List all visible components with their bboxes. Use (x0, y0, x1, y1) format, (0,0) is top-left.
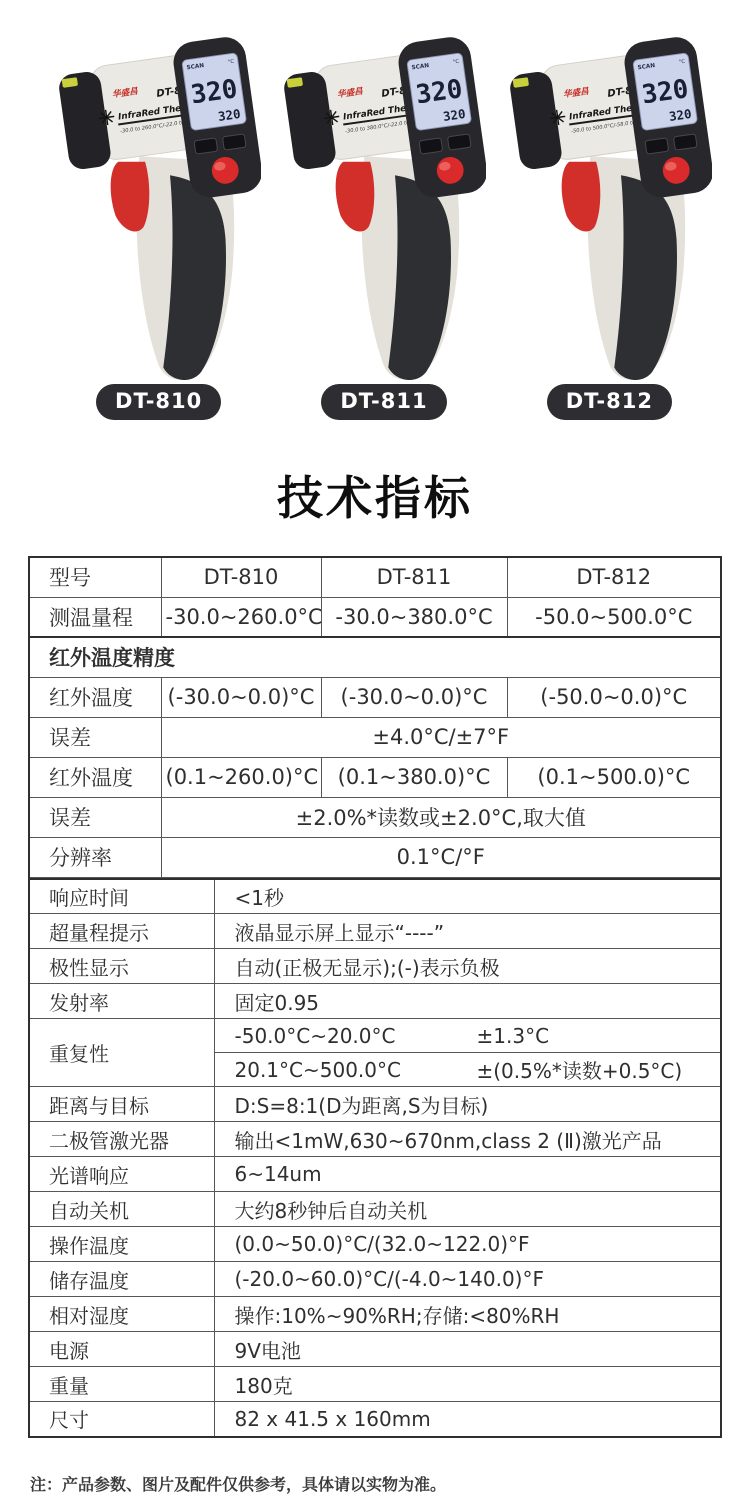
spec-value-cell: -50.0°C~20.0°C ±1.3°C (214, 1019, 721, 1053)
table-row-range: 测温量程 -30.0~260.0°C -30.0~380.0°C -50.0~5… (29, 597, 721, 637)
spec-value-cell: 液晶显示屏上显示“----” (214, 914, 721, 949)
product-figure-dt-810: 华盛昌 DT-810 InfraRed Thermometer -30.0 to… (46, 24, 271, 420)
table-row: 操作温度 (0.0~50.0)°C/(32.0~122.0)°F (29, 1227, 721, 1262)
table-row: 电源 9V电池 (29, 1332, 721, 1367)
product-spec-page: 华盛昌 DT-810 InfraRed Thermometer -30.0 to… (0, 0, 750, 1495)
spec-value-cell: (-30.0~0.0)°C (161, 677, 321, 717)
spec-table-upper: 型号 DT-810 DT-811 DT-812 测温量程 -30.0~260.0… (28, 556, 722, 878)
spec-label-cell: 距离与目标 (29, 1087, 214, 1122)
table-row: 距离与目标 D:S=8:1(D为距离,S为目标) (29, 1087, 721, 1122)
table-row-model: 型号 DT-810 DT-811 DT-812 (29, 557, 721, 597)
table-row: 响应时间 <1秒 (29, 879, 721, 914)
table-row: 发射率 固定0.95 (29, 984, 721, 1019)
unit-button (673, 134, 697, 150)
table-row-error-low: 误差 ±4.0°C/±7°F (29, 717, 721, 757)
spec-value-cell: <1秒 (214, 879, 721, 914)
table-row: 储存温度 (-20.0~60.0)°C/(-4.0~140.0)°F (29, 1262, 721, 1297)
thermometer-image-dt-811: 华盛昌 DT-811 InfraRed Thermometer -30.0 to… (281, 24, 486, 380)
table-row: 自动关机 大约8秒钟后自动关机 (29, 1192, 721, 1227)
handle-grip (614, 175, 677, 380)
table-row: 极性显示 自动(正极无显示);(-)表示负极 (29, 949, 721, 984)
spec-label-cell: 电源 (29, 1332, 214, 1367)
repeatability-tolerance: ±1.3°C (477, 1024, 550, 1048)
table-row-ir-high: 红外温度 (0.1~260.0)°C (0.1~380.0)°C (0.1~50… (29, 757, 721, 797)
table-row: 超量程提示 液晶显示屏上显示“----” (29, 914, 721, 949)
mode-button (645, 138, 669, 154)
product-gallery: 华盛昌 DT-810 InfraRed Thermometer -30.0 to… (0, 0, 750, 420)
model-badge-dt-810: DT-810 (96, 384, 221, 420)
spec-value-cell: DT-811 (321, 557, 507, 597)
product-figure-dt-812: 华盛昌 DT-812 InfraRed Thermometer -50.0 to… (497, 24, 722, 420)
spec-value-cell: -30.0~380.0°C (321, 597, 507, 637)
spec-label-cell: 误差 (29, 717, 161, 757)
section-header-cell: 红外温度精度 (29, 637, 721, 677)
table-row-resolution: 分辨率 0.1°C/°F (29, 837, 721, 877)
table-row-accuracy-section: 红外温度精度 (29, 637, 721, 677)
spec-value-cell: D:S=8:1(D为距离,S为目标) (214, 1087, 721, 1122)
trigger (561, 162, 600, 232)
spec-label-cell: 操作温度 (29, 1227, 214, 1262)
spec-label-cell: 光谱响应 (29, 1157, 214, 1192)
table-row-error-high: 误差 ±2.0%*读数或±2.0°C,取大值 (29, 797, 721, 837)
spec-value-cell: 6~14um (214, 1157, 721, 1192)
spec-value-cell: ±4.0°C/±7°F (161, 717, 721, 757)
spec-value-cell: (-30.0~0.0)°C (321, 677, 507, 717)
spec-table-lower: 响应时间 <1秒 超量程提示 液晶显示屏上显示“----” 极性显示 自动(正极… (28, 878, 722, 1438)
spec-label-cell: 型号 (29, 557, 161, 597)
lcd-unit: °C (228, 59, 235, 66)
lcd-unit: °C (678, 59, 685, 66)
repeatability-range: 20.1°C~500.0°C (235, 1058, 477, 1082)
spec-value-cell: (-20.0~60.0)°C/(-4.0~140.0)°F (214, 1262, 721, 1297)
unit-button (448, 134, 472, 150)
lcd-sub-reading: 320 (668, 106, 692, 124)
spec-value-cell: 输出<1mW,630~670nm,class 2 (Ⅱ)激光产品 (214, 1122, 721, 1157)
spec-label-cell: 二极管激光器 (29, 1122, 214, 1157)
handle-grip (163, 175, 226, 380)
spec-label-cell: 尺寸 (29, 1402, 214, 1437)
spec-value-cell: -50.0~500.0°C (507, 597, 721, 637)
lcd-main-reading: 320 (189, 74, 239, 110)
spec-value-cell: 大约8秒钟后自动关机 (214, 1192, 721, 1227)
spec-value-cell: 操作:10%~90%RH;存储:<80%RH (214, 1297, 721, 1332)
lcd-unit: °C (453, 59, 460, 66)
spec-label-cell: 极性显示 (29, 949, 214, 984)
spec-value-cell: (-50.0~0.0)°C (507, 677, 721, 717)
spec-value-cell: ±2.0%*读数或±2.0°C,取大值 (161, 797, 721, 837)
page-title: 技术指标 (0, 462, 750, 528)
spec-label-cell: 相对湿度 (29, 1297, 214, 1332)
spec-label-cell: 红外温度 (29, 677, 161, 717)
repeatability-range: -50.0°C~20.0°C (235, 1024, 477, 1048)
spec-value-cell: 固定0.95 (214, 984, 721, 1019)
spec-label-cell: 超量程提示 (29, 914, 214, 949)
table-row: 二极管激光器 输出<1mW,630~670nm,class 2 (Ⅱ)激光产品 (29, 1122, 721, 1157)
spec-value-cell: (0.0~50.0)°C/(32.0~122.0)°F (214, 1227, 721, 1262)
spec-value-cell: 0.1°C/°F (161, 837, 721, 877)
table-row-ir-low: 红外温度 (-30.0~0.0)°C (-30.0~0.0)°C (-50.0~… (29, 677, 721, 717)
spec-value-cell: 9V电池 (214, 1332, 721, 1367)
model-badge-dt-812: DT-812 (547, 384, 672, 420)
spec-label-cell: 响应时间 (29, 879, 214, 914)
spec-value-cell: (0.1~500.0)°C (507, 757, 721, 797)
spec-label-cell: 自动关机 (29, 1192, 214, 1227)
mode-button (194, 138, 218, 154)
spec-label-cell: 发射率 (29, 984, 214, 1019)
model-badge-dt-811: DT-811 (321, 384, 446, 420)
spec-value-cell: DT-810 (161, 557, 321, 597)
lcd-sub-reading: 320 (217, 106, 241, 124)
trigger (111, 162, 150, 232)
spec-label-cell: 重复性 (29, 1019, 214, 1087)
lcd-sub-reading: 320 (443, 106, 467, 124)
spec-value-cell: 82 x 41.5 x 160mm (214, 1402, 721, 1437)
unit-button (223, 134, 247, 150)
spec-label-cell: 分辨率 (29, 837, 161, 877)
spec-value-cell: -30.0~260.0°C (161, 597, 321, 637)
spec-value-cell: 180克 (214, 1367, 721, 1402)
table-row: 重量 180克 (29, 1367, 721, 1402)
trigger (336, 162, 375, 232)
spec-value-cell: 20.1°C~500.0°C ±(0.5%*读数+0.5°C) (214, 1053, 721, 1087)
spec-label-cell: 误差 (29, 797, 161, 837)
table-row-repeatability: 重复性 -50.0°C~20.0°C ±1.3°C (29, 1019, 721, 1053)
spec-label-cell: 测温量程 (29, 597, 161, 637)
spec-value-cell: (0.1~380.0)°C (321, 757, 507, 797)
spec-value-cell: DT-812 (507, 557, 721, 597)
mode-button (420, 138, 444, 154)
handle-grip (389, 175, 452, 380)
table-row: 尺寸 82 x 41.5 x 160mm (29, 1402, 721, 1437)
spec-value-cell: (0.1~260.0)°C (161, 757, 321, 797)
footnote: 注：产品参数、图片及配件仅供参考，具体请以实物为准。 (30, 1472, 750, 1495)
thermometer-image-dt-810: 华盛昌 DT-810 InfraRed Thermometer -30.0 to… (56, 24, 261, 380)
repeatability-tolerance: ±(0.5%*读数+0.5°C) (477, 1055, 683, 1084)
table-row: 相对湿度 操作:10%~90%RH;存储:<80%RH (29, 1297, 721, 1332)
table-row: 光谱响应 6~14um (29, 1157, 721, 1192)
spec-label-cell: 储存温度 (29, 1262, 214, 1297)
thermometer-image-dt-812: 华盛昌 DT-812 InfraRed Thermometer -50.0 to… (507, 24, 712, 380)
lcd-main-reading: 320 (640, 74, 690, 110)
spec-label-cell: 重量 (29, 1367, 214, 1402)
spec-value-cell: 自动(正极无显示);(-)表示负极 (214, 949, 721, 984)
lcd-main-reading: 320 (415, 74, 465, 110)
spec-label-cell: 红外温度 (29, 757, 161, 797)
product-figure-dt-811: 华盛昌 DT-811 InfraRed Thermometer -30.0 to… (271, 24, 496, 420)
